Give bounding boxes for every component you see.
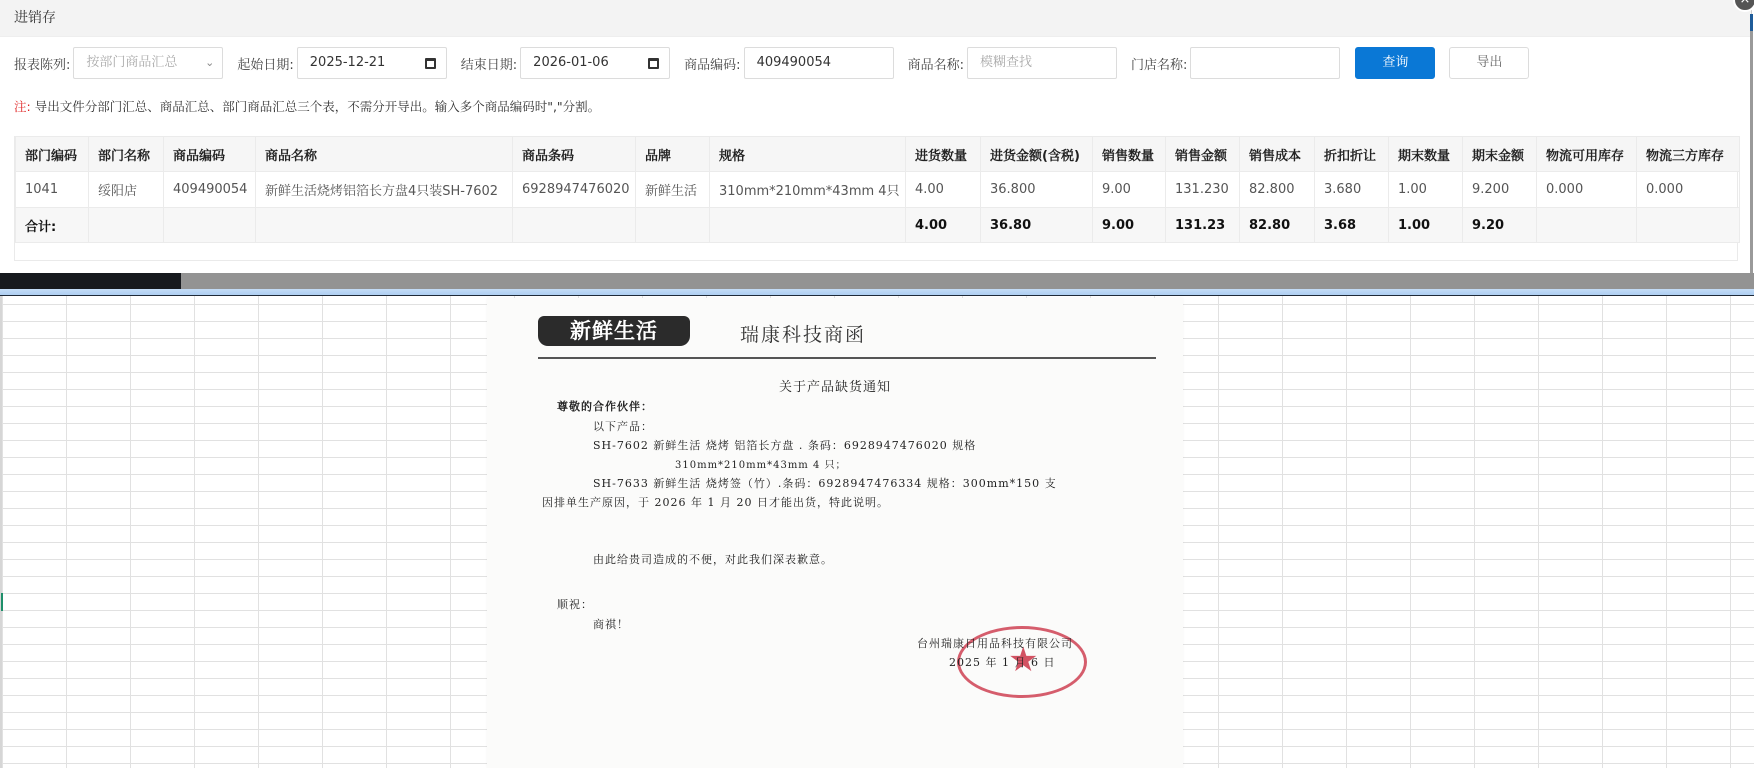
column-header[interactable]: 商品编码 xyxy=(164,137,256,172)
end-date-value: 2026-01-06 xyxy=(533,55,609,70)
active-cell-indicator xyxy=(1,593,3,611)
column-header[interactable]: 商品名称 xyxy=(256,137,513,172)
column-header[interactable]: 物流三方库存 xyxy=(1637,137,1740,172)
total-cell: 1.00 xyxy=(1389,208,1463,243)
column-header[interactable]: 品牌 xyxy=(636,137,710,172)
total-cell xyxy=(710,208,906,243)
total-cell: 合计: xyxy=(16,208,89,243)
inventory-dialog: 进销存 × 报表陈列: 按部门商品汇总 ⌄ 起始日期: 2025-12-21 结… xyxy=(0,0,1752,273)
report-type-label: 报表陈列: xyxy=(14,54,70,73)
window-frame-bar xyxy=(0,289,1754,296)
export-note: 注: 导出文件分部门汇总、商品汇总、部门商品汇总三个表，不需分开导出。输入多个商… xyxy=(14,97,600,115)
total-cell: 82.80 xyxy=(1240,208,1315,243)
table-cell: 82.800 xyxy=(1240,172,1315,208)
total-cell: 131.23 xyxy=(1166,208,1240,243)
store-name-label: 门店名称: xyxy=(1131,54,1187,73)
column-header[interactable]: 进货数量 xyxy=(906,137,981,172)
letter-date: 2025 年 1 月 6 日 xyxy=(949,654,1055,670)
table-cell: 0.000 xyxy=(1537,172,1637,208)
chevron-down-icon: ⌄ xyxy=(205,48,214,78)
report-table-container: 部门编码部门名称商品编码商品名称商品条码品牌规格进货数量进货金额(含税)销售数量… xyxy=(14,136,1738,261)
total-cell xyxy=(164,208,256,243)
total-cell: 9.00 xyxy=(1093,208,1166,243)
letter-apology: 由此给贵司造成的不便，对此我们深表歉意。 xyxy=(593,551,833,567)
letter-regards: 顺祝： xyxy=(557,596,593,612)
total-cell: 9.20 xyxy=(1463,208,1537,243)
dialog-title: 进销存 xyxy=(0,0,1751,37)
total-cell: 4.00 xyxy=(906,208,981,243)
letter-greeting: 商祺！ xyxy=(593,616,629,632)
total-cell xyxy=(89,208,164,243)
letterhead-divider xyxy=(538,357,1156,359)
end-date-label: 结束日期: xyxy=(461,54,517,73)
horizontal-scrollbar[interactable] xyxy=(0,273,1754,289)
product-name-label: 商品名称: xyxy=(908,54,964,73)
table-cell: 6928947476020 xyxy=(513,172,636,208)
filter-bar: 报表陈列: 按部门商品汇总 ⌄ 起始日期: 2025-12-21 结束日期: 2… xyxy=(14,47,1529,79)
query-button[interactable]: 查询 xyxy=(1355,47,1435,79)
notice-letter-image[interactable]: 新鲜生活 瑞康科技商函 关于产品缺货通知 尊敬的合作伙伴： 以下产品： SH-7… xyxy=(487,298,1183,768)
total-row: 合计:4.0036.809.00131.2382.803.681.009.20 xyxy=(16,208,1740,243)
start-date-value: 2025-12-21 xyxy=(310,55,386,70)
column-header[interactable]: 规格 xyxy=(710,137,906,172)
table-cell: 131.230 xyxy=(1166,172,1240,208)
total-cell xyxy=(1537,208,1637,243)
total-cell: 36.80 xyxy=(981,208,1093,243)
letter-item1-spec: 310mm*210mm*43mm 4 只； xyxy=(675,456,847,471)
table-cell: 新鲜生活烧烤铝箔长方盘4只装SH-7602 xyxy=(256,172,513,208)
report-type-value: 按部门商品汇总 xyxy=(86,55,177,70)
column-header[interactable]: 折扣折让 xyxy=(1315,137,1389,172)
table-cell: 3.680 xyxy=(1315,172,1389,208)
column-header[interactable]: 销售成本 xyxy=(1240,137,1315,172)
note-mark: 注: xyxy=(14,99,31,114)
store-name-input[interactable] xyxy=(1190,47,1340,79)
column-header[interactable]: 销售金额 xyxy=(1166,137,1240,172)
letterhead-title: 瑞康科技商函 xyxy=(740,320,866,347)
letter-item2-reason: 因排单生产原因，于 2026 年 1 月 20 日才能出货，特此说明。 xyxy=(542,494,889,510)
column-header[interactable]: 部门编码 xyxy=(16,137,89,172)
total-cell xyxy=(256,208,513,243)
start-date-label: 起始日期: xyxy=(237,54,293,73)
column-header[interactable]: 期末金额 xyxy=(1463,137,1537,172)
dialog-vertical-scrollbar[interactable] xyxy=(1750,14,1753,273)
scrollbar-thumb[interactable] xyxy=(0,273,181,289)
export-button[interactable]: 导出 xyxy=(1449,47,1529,79)
letter-intro: 以下产品： xyxy=(593,418,653,434)
table-row[interactable]: 1041绥阳店409490054新鲜生活烧烤铝箔长方盘4只装SH-7602692… xyxy=(16,172,1740,208)
total-cell xyxy=(1637,208,1740,243)
start-date-input[interactable]: 2025-12-21 xyxy=(297,47,447,79)
brand-logo: 新鲜生活 xyxy=(538,316,690,346)
letter-company: 台州瑞康日用品科技有限公司 xyxy=(917,635,1073,651)
table-cell: 310mm*210mm*43mm 4只 xyxy=(710,172,906,208)
calendar-icon[interactable] xyxy=(425,58,436,69)
table-cell: 4.00 xyxy=(906,172,981,208)
product-code-input[interactable]: 409490054 xyxy=(744,47,894,79)
table-cell: 绥阳店 xyxy=(89,172,164,208)
total-cell xyxy=(636,208,710,243)
end-date-input[interactable]: 2026-01-06 xyxy=(520,47,670,79)
letter-title: 关于产品缺货通知 xyxy=(487,376,1183,395)
table-cell: 1.00 xyxy=(1389,172,1463,208)
total-cell: 3.68 xyxy=(1315,208,1389,243)
table-cell: 9.200 xyxy=(1463,172,1537,208)
column-header[interactable]: 销售数量 xyxy=(1093,137,1166,172)
product-name-input[interactable]: 模糊查找 xyxy=(967,47,1117,79)
column-header[interactable]: 部门名称 xyxy=(89,137,164,172)
table-cell: 0.000 xyxy=(1637,172,1740,208)
table-header-row: 部门编码部门名称商品编码商品名称商品条码品牌规格进货数量进货金额(含税)销售数量… xyxy=(16,137,1740,172)
letter-item1: SH-7602 新鲜生活 烧烤 铝箔长方盘 . 条码：6928947476020… xyxy=(593,437,976,453)
table-cell: 1041 xyxy=(16,172,89,208)
letter-item2: SH-7633 新鲜生活 烧烤签（竹）.条码：6928947476334 规格：… xyxy=(593,475,1057,491)
letter-salutation: 尊敬的合作伙伴： xyxy=(557,398,653,414)
column-header[interactable]: 进货金额(含税) xyxy=(981,137,1093,172)
row-header-gutter xyxy=(0,296,2,768)
column-header[interactable]: 物流可用库存 xyxy=(1537,137,1637,172)
table-cell: 36.800 xyxy=(981,172,1093,208)
column-header[interactable]: 商品条码 xyxy=(513,137,636,172)
total-cell xyxy=(513,208,636,243)
report-type-select[interactable]: 按部门商品汇总 ⌄ xyxy=(73,47,223,79)
report-table: 部门编码部门名称商品编码商品名称商品条码品牌规格进货数量进货金额(含税)销售数量… xyxy=(15,136,1740,243)
table-cell: 新鲜生活 xyxy=(636,172,710,208)
product-code-label: 商品编码: xyxy=(684,54,740,73)
table-cell: 409490054 xyxy=(164,172,256,208)
calendar-icon[interactable] xyxy=(648,58,659,69)
table-cell: 9.00 xyxy=(1093,172,1166,208)
column-header[interactable]: 期末数量 xyxy=(1389,137,1463,172)
note-text: 导出文件分部门汇总、商品汇总、部门商品汇总三个表，不需分开导出。输入多个商品编码… xyxy=(35,99,600,114)
